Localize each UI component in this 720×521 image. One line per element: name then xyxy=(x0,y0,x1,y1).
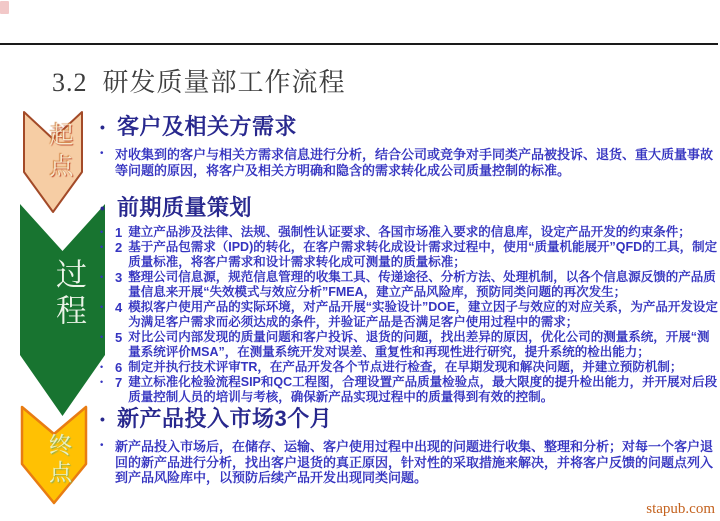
list-item: • 2 基于产品包需求（IPD)的转化，在客户需求转化成设计需求过程中，使用“质… xyxy=(100,240,718,270)
item-text: 对比公司内部发现的质量问题和客户投诉、退货的问题，找出差异的原因，优化公司的测量… xyxy=(128,330,718,360)
bullet-icon: • xyxy=(100,270,115,300)
bullet-icon: • xyxy=(100,375,115,405)
bullet-icon: • xyxy=(100,225,115,240)
bullet-icon: • xyxy=(100,439,115,486)
section-quality-planning: • 前期质量策划 • 1 建立产品涉及法律、法规、强制性认证要求、各国市场准入要… xyxy=(100,194,718,405)
paragraph: • 对收集到的客户与相关方需求信息进行分析，结合公司或竞争对手同类产品被投诉、退… xyxy=(100,147,718,178)
section-heading-text: 客户及相关方需求 xyxy=(117,113,297,141)
bullet-icon: • xyxy=(100,330,115,360)
item-text: 制定并执行技术评审TR，在产品开发各个节点进行检查，在早期发现和解决问题，并建立… xyxy=(128,360,718,375)
page-title: 3.2 研发质量部工作流程 xyxy=(52,62,346,99)
paragraph: • 新产品投入市场后，在储存、运输、客户使用过程中出现的问题进行收集、整理和分析… xyxy=(100,439,718,486)
item-text: 模拟客户使用产品的实际环境，对产品开展“实验设计”DOE，建立因子与效应的对应关… xyxy=(128,300,718,330)
watermark: stapub.com xyxy=(646,501,715,518)
bullet-icon: • xyxy=(100,240,115,270)
item-number: 3 xyxy=(115,270,122,300)
bullet-icon: • xyxy=(100,113,117,141)
section-heading: • 新产品投入市场3个月 xyxy=(100,405,718,433)
list-item: • 6 制定并执行技术评审TR，在产品开发各个节点进行检查，在早期发现和解决问题… xyxy=(100,360,718,375)
start-arrow-label: 起点 xyxy=(41,122,76,184)
bullet-icon: • xyxy=(100,194,117,222)
section-heading-text: 新产品投入市场3个月 xyxy=(117,405,332,433)
item-text: 整理公司信息源，规范信息管理的收集工具、传递途径、分析方法、处理机制，以各个信息… xyxy=(128,270,718,300)
section-heading-text: 前期质量策划 xyxy=(117,194,252,222)
slide: 3.2 研发质量部工作流程 起点 过程 终点 • 客户及相关方需求 • 对收集到… xyxy=(0,0,720,521)
list-item: • 7 建立标准化检验流程SIP和QC工程图，合理设置产品质量检验点，最大限度的… xyxy=(100,375,718,405)
top-rule-divider xyxy=(0,43,718,45)
bullet-icon: • xyxy=(100,300,115,330)
item-number: 1 xyxy=(115,225,122,240)
planning-item-list: • 1 建立产品涉及法律、法规、强制性认证要求、各国市场准入要求的信息库，设定产… xyxy=(100,225,718,405)
item-number: 2 xyxy=(115,240,122,270)
item-text: 基于产品包需求（IPD)的转化，在客户需求转化成设计需求过程中，使用“质量机能展… xyxy=(128,240,718,270)
item-number: 4 xyxy=(115,300,122,330)
bullet-icon: • xyxy=(100,405,117,433)
list-item: • 5 对比公司内部发现的质量问题和客户投诉、退货的问题，找出差异的原因，优化公… xyxy=(100,330,718,360)
process-arrow-label: 过程 xyxy=(46,258,91,330)
paragraph-text: 新产品投入市场后，在储存、运输、客户使用过程中出现的问题进行收集、整理和分析；对… xyxy=(115,439,718,486)
bullet-icon: • xyxy=(100,147,115,178)
section-heading: • 前期质量策划 xyxy=(100,194,718,222)
bullet-icon: • xyxy=(100,360,115,375)
section-heading: • 客户及相关方需求 xyxy=(100,113,718,141)
item-text: 建立产品涉及法律、法规、强制性认证要求、各国市场准入要求的信息库，设定产品开发的… xyxy=(128,225,718,240)
end-arrow-label: 终点 xyxy=(42,433,75,487)
section-customer-requirements: • 客户及相关方需求 • 对收集到的客户与相关方需求信息进行分析，结合公司或竞争… xyxy=(100,113,718,178)
item-number: 7 xyxy=(115,375,122,405)
list-item: • 3 整理公司信息源，规范信息管理的收集工具、传递途径、分析方法、处理机制，以… xyxy=(100,270,718,300)
list-item: • 1 建立产品涉及法律、法规、强制性认证要求、各国市场准入要求的信息库，设定产… xyxy=(100,225,718,240)
section-market-launch: • 新产品投入市场3个月 • 新产品投入市场后，在储存、运输、客户使用过程中出现… xyxy=(100,405,718,486)
item-number: 6 xyxy=(115,360,122,375)
paragraph-text: 对收集到的客户与相关方需求信息进行分析，结合公司或竞争对手同类产品被投诉、退货、… xyxy=(115,147,718,178)
item-number: 5 xyxy=(115,330,122,360)
list-item: • 4 模拟客户使用产品的实际环境，对产品开展“实验设计”DOE，建立因子与效应… xyxy=(100,300,718,330)
item-text: 建立标准化检验流程SIP和QC工程图，合理设置产品质量检验点，最大限度的提升检出… xyxy=(128,375,718,405)
corner-mark xyxy=(0,1,9,14)
